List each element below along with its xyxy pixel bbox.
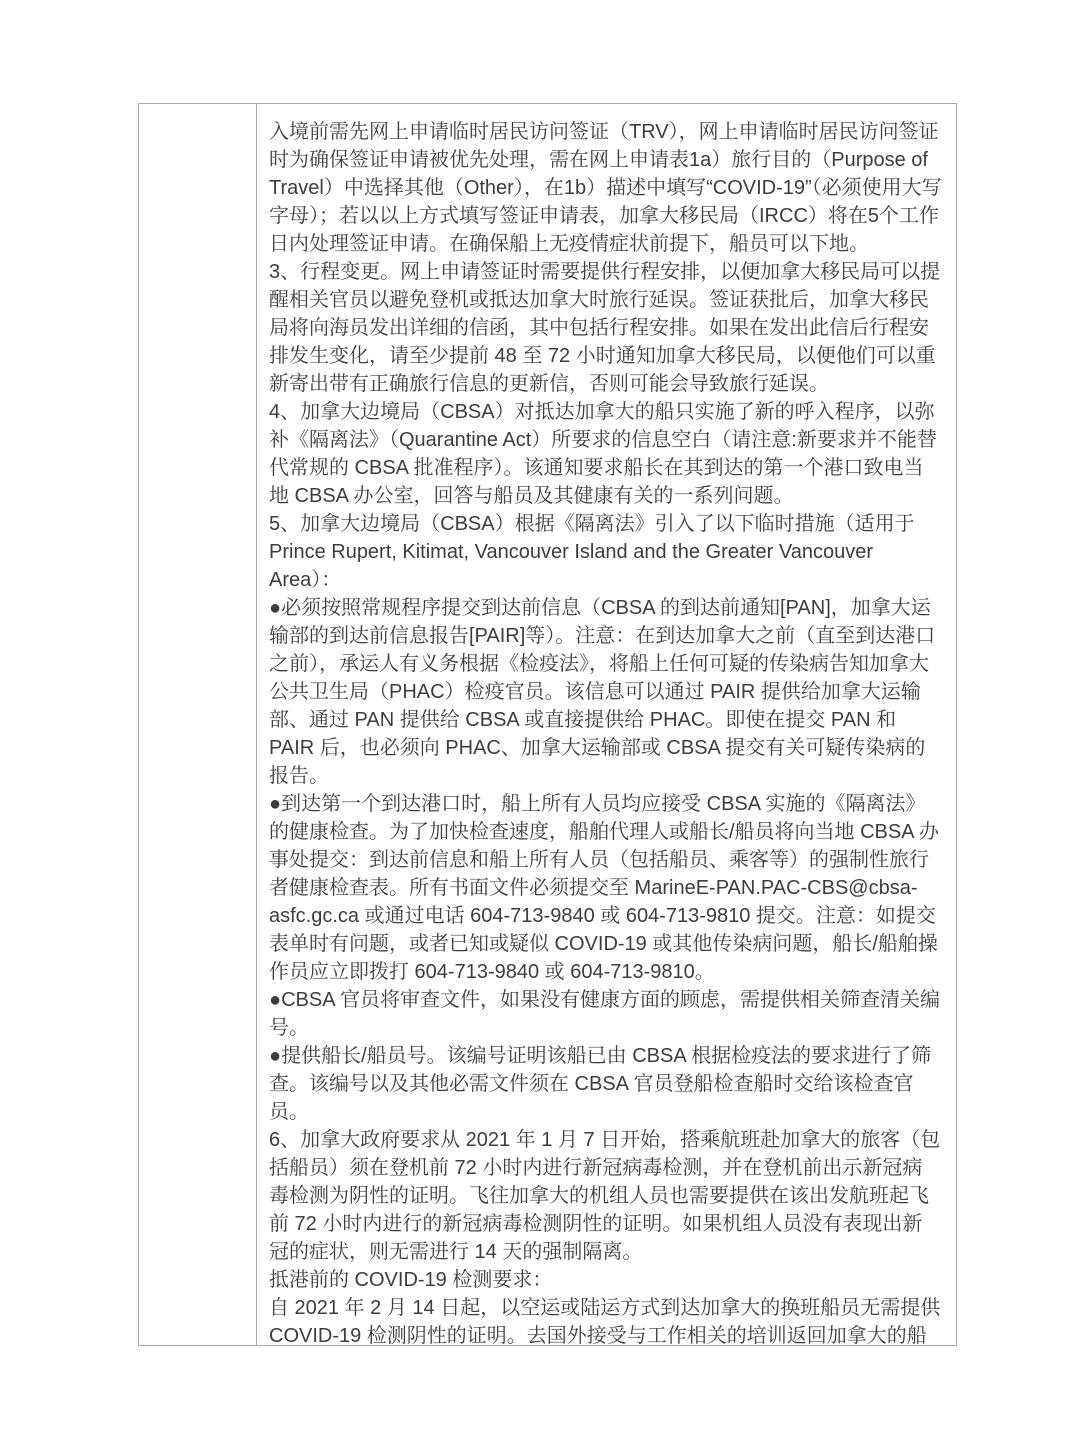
document-table: 入境前需先网上申请临时居民访问签证（TRV），网上申请临时居民访问签证时为确保签… [138,103,957,1346]
table-content-cell: 入境前需先网上申请临时居民访问签证（TRV），网上申请临时居民访问签证时为确保签… [257,104,956,1345]
paragraph-pre-boarding-covid-test: 6、加拿大政府要求从 2021 年 1 月 7 日开始，搭乘航班赴加拿大的旅客（… [269,1126,942,1266]
bullet-cbsa-document-review: ●CBSA 官员将审查文件，如果没有健康方面的顾虑，需提供相关筛查清关编号。 [269,986,942,1042]
paragraph-trv-visa-application: 入境前需先网上申请临时居民访问签证（TRV），网上申请临时居民访问签证时为确保签… [269,118,942,258]
paragraph-cbsa-temporary-measures-intro: 5、加拿大边境局（CBSA）根据《隔离法》引入了以下临时措施（适用于 Princ… [269,510,942,594]
bullet-master-crew-number: ●提供船长/船员号。该编号证明该船已由 CBSA 根据检疫法的要求进行了筛查。该… [269,1042,942,1126]
paragraph-pre-arrival-test-heading: 抵港前的 COVID-19 检测要求： [269,1266,942,1294]
paragraph-itinerary-change: 3、行程变更。网上申请签证时需要提供行程安排，以便加拿大移民局可以提醒相关官员以… [269,258,942,398]
bullet-pre-arrival-information: ●必须按照常规程序提交到达前信息（CBSA 的到达前通知[PAN]，加拿大运输部… [269,594,942,790]
paragraph-crew-change-test-exemption: 自 2021 年 2 月 14 日起，以空运或陆运方式到达加拿大的换班船员无需提… [269,1294,942,1345]
paragraph-cbsa-call-in-procedure: 4、加拿大边境局（CBSA）对抵达加拿大的船只实施了新的呼入程序，以弥补《隔离法… [269,398,942,510]
table-row-header-cell [139,104,257,1345]
bullet-health-check-first-port: ●到达第一个到达港口时，船上所有人员均应接受 CBSA 实施的《隔离法》的健康检… [269,790,942,986]
